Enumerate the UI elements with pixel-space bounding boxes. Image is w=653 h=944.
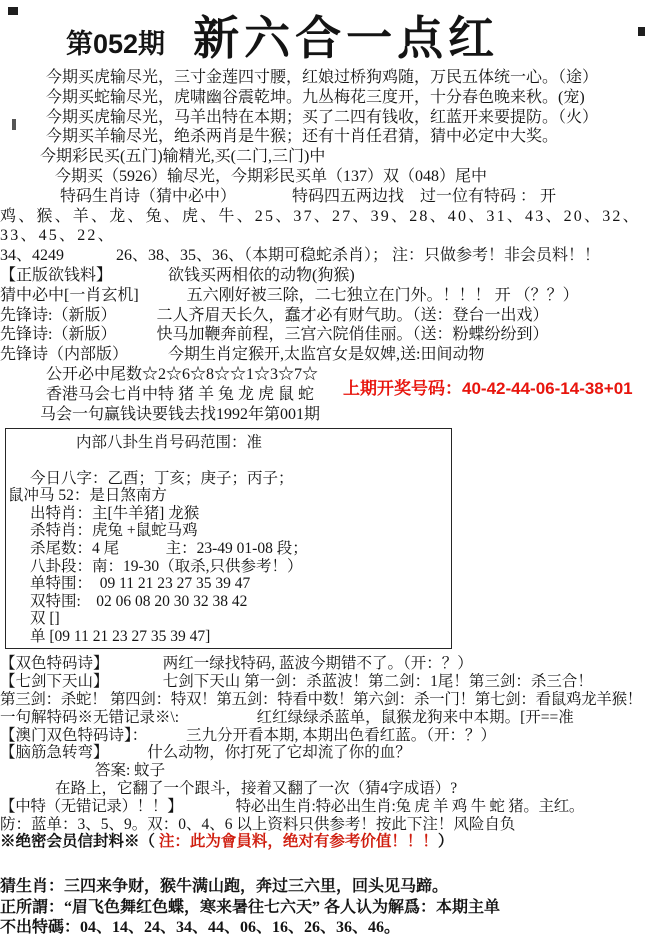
poem-section: 今期买虎输尽光，三寸金莲四寸腰，红娘过桥狗鸡随，万民五体统一心。（途）今期买蛇输… [0,68,653,424]
text-line: 今期买羊输尽光，绝杀两肖是牛猴；还有十肖任君猜，猜中必定中大奖。 [0,127,653,147]
last-draw-numbers: 上期开奖号码：40-42-44-06-14-38+01 [343,374,633,399]
text-segment: ※绝密会员信封料※（ [0,833,159,850]
text-line: 马会一句赢钱诀要钱去找1992年第001期 [0,405,653,425]
text-line: 在路上，它翻了一个跟斗，接着又翻了一次（猜4字成语）? [0,780,653,798]
scan-artifact [638,27,645,36]
text-line: 双 [] [6,610,451,628]
issue-number: 第052期 [66,31,165,62]
text-line: 单特围： 09 11 21 23 27 35 39 47 [6,575,451,593]
text-line: 今期买虎输尽光，马羊出特在本期；买了二四有钱收，红蓝开来要提防。（火） [0,108,653,128]
text-line: 一句解特码※无错记录※\: 红红绿绿杀蓝单，鼠猴龙狗来中本期。[开==准 [0,709,653,727]
scan-artifact [8,7,18,15]
text-line: ※绝密会员信封料※（ 注：此为會員料，绝对有参考价值！！！） [0,833,653,851]
tips-section: 【双色特码诗】 两红一绿找特码, 蓝波今期错不了。（开：？）【七剑下天山】 七剑… [0,655,653,851]
text-line: 【澳门双色特码诗】： 三九分开看本期, 本期出色看红蓝。（开：？） [0,727,653,745]
text-line: 先锋诗（内部版） 今期生肖定猴开,太监宫女是奴婢,送:田间动物 [0,345,653,365]
text-line: 防：蓝单：3、5、9。双：0、4、6 以上资料只供参考！按此下注！风险自负 [0,816,653,834]
text-line: 双特围: 02 06 08 20 30 32 38 42 [6,593,451,611]
text-line: 八卦段：南：19-30（取杀,只供参考！） [6,558,451,576]
text-line: 正所謂：“眉飞色舞红色蝶，寒来暑往七六天” 各人认为解爲：本期主单 [0,898,653,919]
text-line: 答案: 蚊子 [0,762,653,780]
text-line: 杀尾数：4 尾 主：23-49 01-08 段； [6,540,451,558]
text-line: 内部八卦生肖号码范围：准 [6,434,451,452]
text-segment: ） [438,833,454,850]
text-line: 今期买（5926）输尽光，今期彩民买单（137）双（048）尾中 [0,167,653,187]
text-line: 今期买虎输尽光，三寸金莲四寸腰，红娘过桥狗鸡随，万民五体统一心。（途） [0,68,653,88]
text-line: 【双色特码诗】 两红一绿找特码, 蓝波今期错不了。（开：？） [0,655,653,673]
page-title: 新六合一点红 [193,16,499,62]
text-line: 今期彩民买(五门)输精光,买(二门,三门)中 [0,147,653,167]
text-line: 单 [09 11 21 23 27 35 39 47] [6,628,451,646]
lottery-tip-sheet: 第052期 新六合一点红 今期买虎输尽光，三寸金莲四寸腰，红娘过桥狗鸡随，万民五… [0,0,653,944]
eight-trigram-box: 内部八卦生肖号码范围：准今日八字：乙酉；丁亥；庚子；丙子；鼠冲马 52：是日煞南… [5,428,452,649]
text-line: 特码生肖诗（猜中必中） 特码四五两边找 过一位有特码 ： 开 [0,187,653,207]
text-line: 不出特碼：04、14、24、34、44、06、16、26、36、46。 [0,918,653,939]
text-line: 猜中必中[一肖玄机] 五六刚好被三除，二七独立在门外。！！！ 开 （？？） [0,286,653,306]
text-line: 出特肖：主[牛羊猪] 龙猴 [6,505,451,523]
text-line: 今期买蛇输尽光，虎啸幽谷震乾坤。九丛梅花三度开，十分春色晚来秋。(宠) [0,88,653,108]
header: 第052期 新六合一点红 [66,16,653,62]
text-line: 【脑筋急转弯】 什么动物，你打死了它却流了你的血？ [0,744,653,762]
text-line [6,452,451,470]
text-line: 杀特肖：虎兔 +鼠蛇马鸡 [6,522,451,540]
text-line: 鼠冲马 52：是日煞南方 [6,487,451,505]
text-line: 猜生肖：三四来争财，猴牛满山跑，奔过三六里，回头见马蹄。 [0,877,653,898]
footer-section: 猜生肖：三四来争财，猴牛满山跑，奔过三六里，回头见马蹄。正所謂：“眉飞色舞红色蝶… [0,877,653,939]
last-draw-value: 40-42-44-06-14-38+01 [462,379,633,398]
text-line: 第三剑：杀蛇！ 第四剑：特双！第五剑：特看中数！第六剑：杀一门！第七剑：看鼠鸡龙… [0,691,653,709]
text-line: 【中特（无错记录）！！】 特必出生肖:特必出生肖:兔 虎 羊 鸡 牛 蛇 猪。主… [0,798,653,816]
text-line: 【正版欲钱料】 欲钱买两相依的动物(狗猴) [0,266,653,286]
red-note-text: 注：此为會員料，绝对有参考价值！！！ [159,833,438,850]
text-line: 先锋诗:（新版） 二人齐眉天长久，蠢才必有财气助。（送：登台一出戏） [0,306,653,326]
text-line: 今日八字：乙酉；丁亥；庚子；丙子； [6,470,451,488]
text-line: 鸡、猴、羊、龙、兔、虎、牛、25、37、27、39、28、40、31、43、20… [0,207,653,247]
text-line: 34、4249 26、38、35、36、（本期可稳蛇杀肖）； 注：只做参考！非会… [0,246,653,266]
text-line: 【七剑下天山】 七剑下天山 第一剑：杀蓝波！第二剑：1尾！第三剑：杀三合！ [0,673,653,691]
last-draw-label: 上期开奖号码： [343,379,462,398]
scan-artifact [12,119,16,130]
text-line: 先锋诗:（新版） 快马加鞭奔前程，三宫六院俏佳丽。（送：粉蝶纷纷到） [0,325,653,345]
